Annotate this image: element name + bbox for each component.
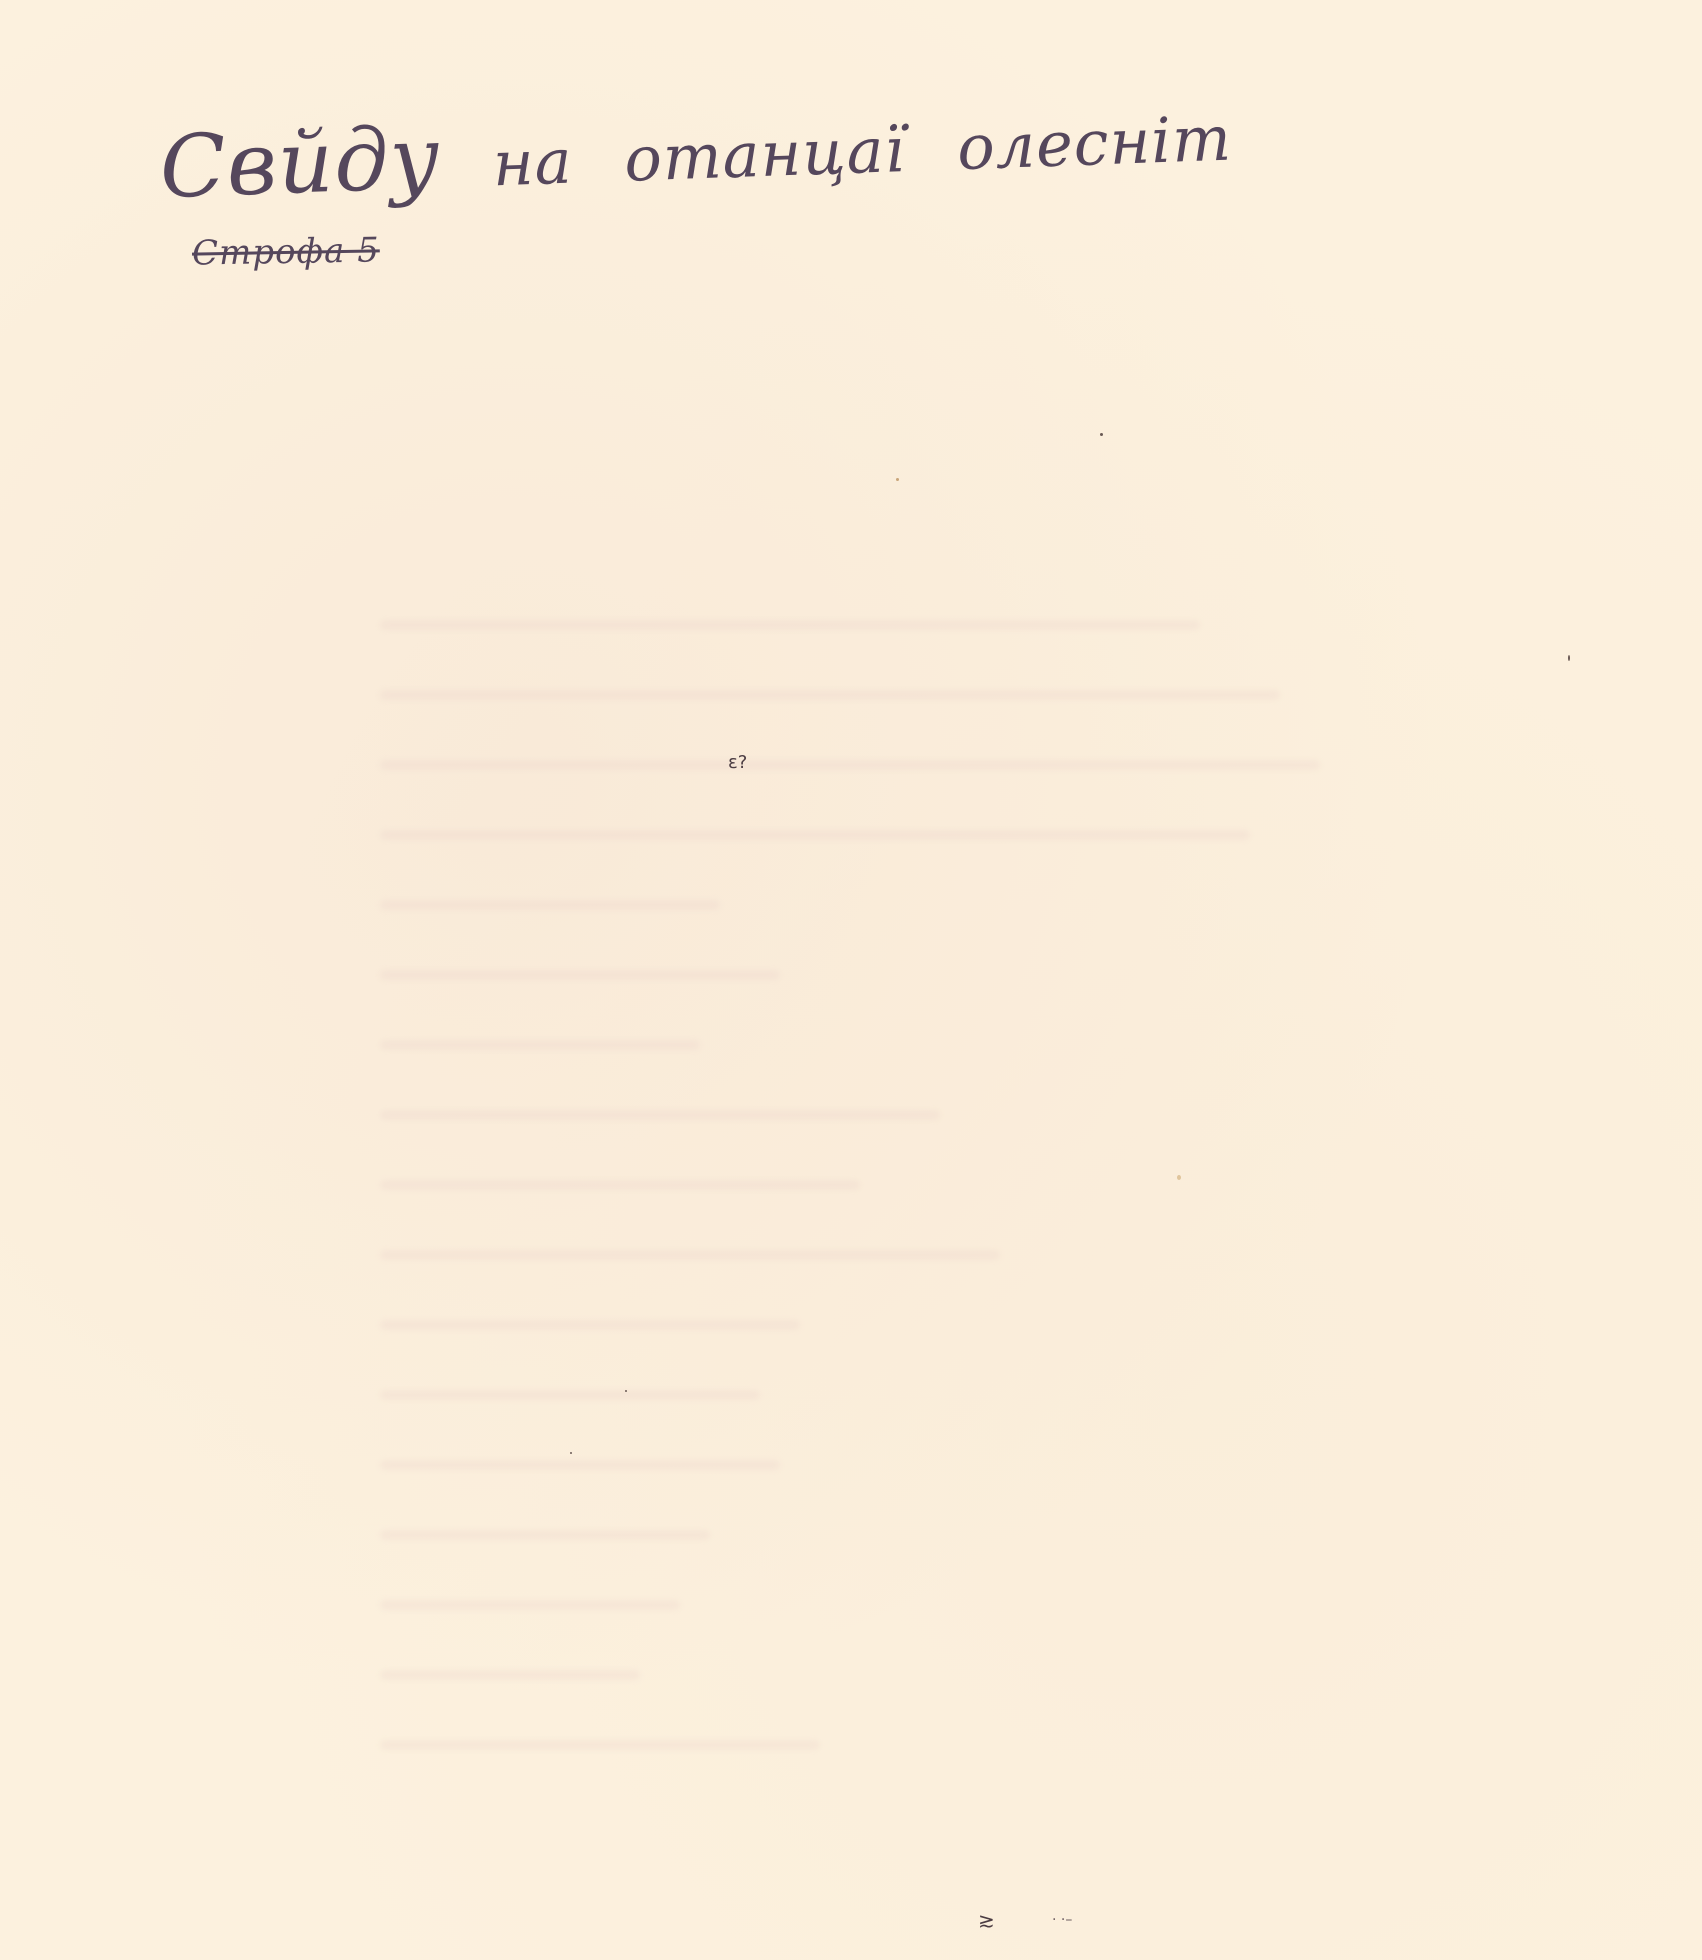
ink-mark-bottom: ≳	[978, 1908, 995, 1932]
struck-through-line: Строфа 5	[192, 230, 380, 273]
title-word-3: отанцаї	[623, 113, 906, 196]
ink-mark-middle: ɛ?	[728, 752, 747, 773]
title-word-4: олесніт	[956, 102, 1233, 185]
ink-speck	[625, 1390, 627, 1392]
ink-speck	[1177, 1175, 1181, 1180]
title-word-2: на	[491, 125, 573, 201]
ink-speck	[896, 478, 899, 481]
bleed-through-texture	[380, 620, 1380, 1840]
ink-speck	[1100, 433, 1103, 436]
title-word-1: Свйду	[158, 108, 442, 218]
ink-speck	[1568, 655, 1570, 661]
ink-speck	[570, 1452, 572, 1454]
ink-mark-bottom-2: · ·–	[1052, 1912, 1072, 1928]
